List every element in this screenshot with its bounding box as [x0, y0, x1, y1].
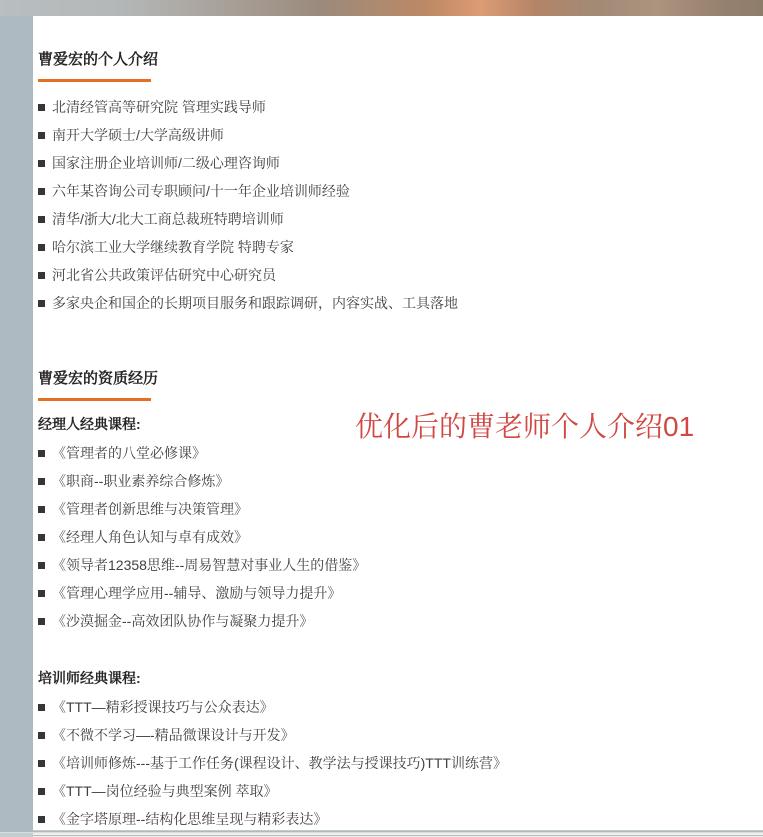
- profile-item-text: 南开大学硕士/大学高级讲师: [52, 125, 224, 145]
- profile-item-text: 河北省公共政策评估研究中心研究员: [52, 265, 276, 285]
- square-bullet-icon: [38, 704, 45, 711]
- square-bullet-icon: [38, 272, 45, 279]
- section-title-intro: 曹爱宏的个人介绍: [38, 50, 745, 70]
- square-bullet-icon: [38, 618, 45, 625]
- course-item: 《TTT—岗位经验与典型案例 萃取》: [38, 777, 745, 805]
- section-title-qualifications: 曹爱宏的资质经历: [38, 369, 745, 389]
- bottom-divider-line: [33, 835, 763, 836]
- course-item: 《TTT—精彩授课技巧与公众表达》: [38, 693, 745, 721]
- profile-item: 国家注册企业培训师/二级心理咨询师: [38, 149, 745, 177]
- header-photo-strip: [0, 0, 763, 16]
- bottom-left-block: [0, 833, 33, 837]
- square-bullet-icon: [38, 216, 45, 223]
- square-bullet-icon: [38, 188, 45, 195]
- course-item-text: 《管理者创新思维与决策管理》: [52, 499, 248, 519]
- course-item-text: 《管理心理学应用--辅导、激励与领导力提升》: [52, 583, 341, 603]
- profile-item-text: 国家注册企业培训师/二级心理咨询师: [52, 153, 280, 173]
- square-bullet-icon: [38, 732, 45, 739]
- profile-item: 南开大学硕士/大学高级讲师: [38, 121, 745, 149]
- profile-item: 北清经管高等研究院 管理实践导师: [38, 93, 745, 121]
- profile-item: 哈尔滨工业大学继续教育学院 特聘专家: [38, 233, 745, 261]
- course-item-text: 《经理人角色认知与卓有成效》: [52, 527, 248, 547]
- accent-underline: [38, 79, 151, 82]
- course-item: 《沙漠掘金--高效团队协作与凝聚力提升》: [38, 607, 745, 635]
- course-item-text: 《职商--职业素养综合修炼》: [52, 471, 229, 491]
- square-bullet-icon: [38, 562, 45, 569]
- square-bullet-icon: [38, 590, 45, 597]
- course-item: 《培训师修炼---基于工作任务(课程设计、教学法与授课技巧)TTT训练营》: [38, 749, 745, 777]
- profile-item-text: 多家央企和国企的长期项目服务和跟踪调研，内容实战、工具落地: [52, 293, 458, 313]
- course-item-text: 《TTT—岗位经验与典型案例 萃取》: [52, 781, 278, 801]
- course-item: 《管理心理学应用--辅导、激励与领导力提升》: [38, 579, 745, 607]
- square-bullet-icon: [38, 450, 45, 457]
- profile-item: 清华/浙大/北大工商总裁班特聘培训师: [38, 205, 745, 233]
- square-bullet-icon: [38, 816, 45, 823]
- profile-item-text: 哈尔滨工业大学继续教育学院 特聘专家: [52, 237, 294, 257]
- course-item-text: 《培训师修炼---基于工作任务(课程设计、教学法与授课技巧)TTT训练营》: [52, 753, 507, 773]
- profile-item: 多家央企和国企的长期项目服务和跟踪调研，内容实战、工具落地: [38, 289, 745, 317]
- profile-item-text: 清华/浙大/北大工商总裁班特聘培训师: [52, 209, 284, 229]
- trainer-course-list: 《TTT—精彩授课技巧与公众表达》 《不微不学习—-精品微课设计与开发》 《培训…: [38, 693, 745, 833]
- profile-item: 六年某咨询公司专职顾问/十一年企业培训师经验: [38, 177, 745, 205]
- bottom-edge-strip: [0, 832, 763, 837]
- course-item: 《领导者12358思维--周易智慧对事业人生的借鉴》: [38, 551, 745, 579]
- course-item: 《金字塔原理--结构化思维呈现与精彩表达》: [38, 805, 745, 833]
- square-bullet-icon: [38, 534, 45, 541]
- course-item: 《管理者的八堂必修课》: [38, 439, 745, 467]
- square-bullet-icon: [38, 244, 45, 251]
- course-item-text: 《领导者12358思维--周易智慧对事业人生的借鉴》: [52, 555, 366, 575]
- square-bullet-icon: [38, 788, 45, 795]
- square-bullet-icon: [38, 300, 45, 307]
- square-bullet-icon: [38, 506, 45, 513]
- course-item-text: 《沙漠掘金--高效团队协作与凝聚力提升》: [52, 611, 313, 631]
- square-bullet-icon: [38, 160, 45, 167]
- course-item-text: 《管理者的八堂必修课》: [52, 443, 206, 463]
- red-annotation: 优化后的曹老师个人介绍01: [355, 411, 694, 443]
- intro-list: 北清经管高等研究院 管理实践导师 南开大学硕士/大学高级讲师 国家注册企业培训师…: [38, 93, 745, 317]
- course-item: 《管理者创新思维与决策管理》: [38, 495, 745, 523]
- square-bullet-icon: [38, 132, 45, 139]
- accent-underline: [38, 398, 151, 401]
- manager-course-list: 《管理者的八堂必修课》 《职商--职业素养综合修炼》 《管理者创新思维与决策管理…: [38, 439, 745, 635]
- course-item: 《不微不学习—-精品微课设计与开发》: [38, 721, 745, 749]
- course-item: 《经理人角色认知与卓有成效》: [38, 523, 745, 551]
- group-label-trainer-courses: 培训师经典课程:: [38, 668, 745, 688]
- course-item-text: 《不微不学习—-精品微课设计与开发》: [52, 725, 295, 745]
- square-bullet-icon: [38, 760, 45, 767]
- profile-item-text: 六年某咨询公司专职顾问/十一年企业培训师经验: [52, 181, 350, 201]
- course-item-text: 《金字塔原理--结构化思维呈现与精彩表达》: [52, 809, 327, 829]
- square-bullet-icon: [38, 104, 45, 111]
- square-bullet-icon: [38, 478, 45, 485]
- course-item: 《职商--职业素养综合修炼》: [38, 467, 745, 495]
- profile-item: 河北省公共政策评估研究中心研究员: [38, 261, 745, 289]
- profile-item-text: 北清经管高等研究院 管理实践导师: [52, 97, 266, 117]
- course-item-text: 《TTT—精彩授课技巧与公众表达》: [52, 697, 274, 717]
